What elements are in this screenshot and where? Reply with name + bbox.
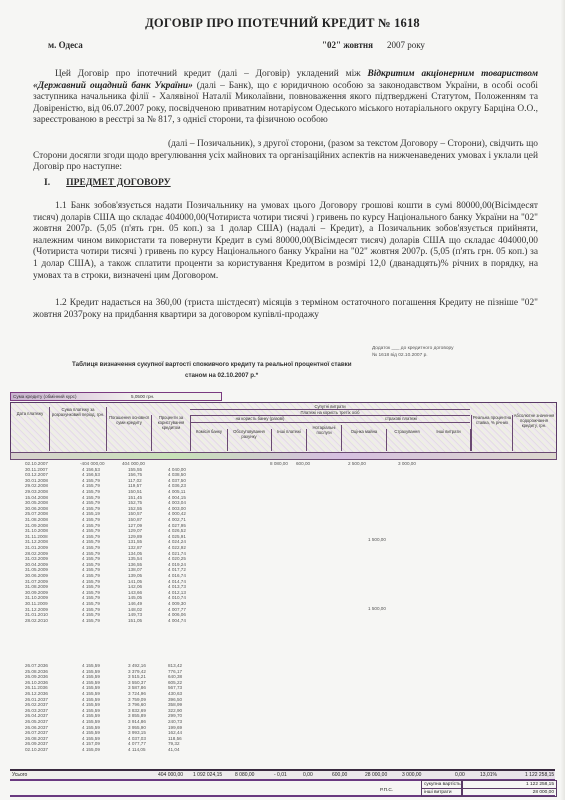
cell-date: 30.05.2008 bbox=[25, 500, 48, 505]
cell-interest: 4 036,23 bbox=[168, 483, 186, 488]
header-costs-bank: на користь банку (разові) bbox=[190, 416, 330, 421]
cell-sum: 4 155,59 bbox=[82, 725, 100, 730]
cell-interest: 4 019,24 bbox=[168, 562, 186, 567]
section-number: I. bbox=[44, 177, 50, 188]
header-c6: Страхування bbox=[387, 429, 427, 451]
cell-date: 30.01.2008 bbox=[25, 478, 48, 483]
cell-interest: 199,69 bbox=[168, 725, 182, 730]
cell-sum: 4 155,59 bbox=[82, 730, 100, 735]
header-c2: Обслуговування рахунку bbox=[227, 429, 272, 451]
cell-c5: 2 500,00 bbox=[348, 461, 366, 466]
cell-principal: 3 796,60 bbox=[128, 702, 146, 707]
cell-interest: 162,44 bbox=[168, 730, 182, 735]
cell-date: 26.07.2036 bbox=[25, 663, 48, 668]
header-insurance: страхові платежі bbox=[331, 416, 471, 421]
cell-sum: 4 155,79 bbox=[82, 590, 100, 595]
cell-sum: 4 157,09 bbox=[82, 741, 100, 746]
cell-sum: 4 155,79 bbox=[82, 562, 100, 567]
cell-sum: 4 155,79 bbox=[82, 483, 100, 488]
scan-edge bbox=[561, 0, 565, 800]
cell-principal: 152,75 bbox=[128, 500, 142, 505]
cell-interest: 240,73 bbox=[168, 719, 182, 724]
cell-date: 15.04.2008 bbox=[25, 495, 48, 500]
cell-sum: 4 155,59 bbox=[82, 674, 100, 679]
cell-date: 31.08.2008 bbox=[25, 517, 48, 522]
cell-sum: 4 155,59 bbox=[82, 663, 100, 668]
other-costs-value: 28 000,00 bbox=[461, 788, 557, 797]
extra-value-2: 1 500,00 bbox=[368, 606, 386, 611]
cell-sum: 4 155,79 bbox=[82, 618, 100, 623]
cell-interest: 396,50 bbox=[168, 697, 182, 702]
cell-date: 26.05.2037 bbox=[25, 719, 48, 724]
scanned-page: ДОГОВІР ПРО ІПОТЕЧНИЙ КРЕДИТ № 1618 м. О… bbox=[0, 0, 565, 800]
cell-date: 25.07.2008 bbox=[25, 511, 48, 516]
cell-c6: 3 000,00 bbox=[398, 461, 416, 466]
cell-sum: 4 155,79 bbox=[82, 601, 100, 606]
cell-interest: 4 021,74 bbox=[168, 551, 186, 556]
cell-date: 26.12.2036 bbox=[25, 691, 48, 696]
header-c4: Нотаріальні послуги bbox=[307, 425, 342, 451]
cell-principal: 138,07 bbox=[128, 567, 142, 572]
cell-interest: 299,70 bbox=[168, 713, 182, 718]
cell-date: 26.04.2037 bbox=[25, 713, 48, 718]
cell-principal: 3 832,69 bbox=[128, 708, 146, 713]
cell-principal: 3 492,16 bbox=[128, 663, 146, 668]
cell-interest: 4 014,74 bbox=[168, 579, 186, 584]
cell-date: 31.12.2009 bbox=[25, 607, 48, 612]
header-principal: Погашення основної суми кредиту bbox=[106, 415, 152, 451]
cell-sum: 4 156,53 bbox=[82, 467, 100, 472]
cell-principal: 404 000,00 bbox=[122, 461, 145, 466]
cell-principal: 117,02 bbox=[128, 478, 142, 483]
cell-interest: 4 017,72 bbox=[168, 567, 186, 572]
cell-principal: 3 587,86 bbox=[128, 685, 146, 690]
cell-principal: 4 037,03 bbox=[128, 736, 146, 741]
cell-principal: 143,66 bbox=[128, 590, 142, 595]
cell-principal: 132,87 bbox=[128, 545, 142, 550]
cell-date: 31.11.2008 bbox=[25, 534, 48, 539]
cell-principal: 127,09 bbox=[128, 523, 142, 528]
cell-date: 26.02.2037 bbox=[25, 702, 48, 707]
cell-principal: 150,87 bbox=[128, 517, 142, 522]
cell-interest: 4 037,50 bbox=[168, 478, 186, 483]
cell-date: 26.11.2036 bbox=[25, 685, 48, 690]
cell-date: 30.11.2009 bbox=[25, 601, 48, 606]
cell-interest: 118,56 bbox=[168, 736, 182, 741]
totals-c1: 8 080,00 bbox=[235, 771, 254, 779]
cell-date: 26.08.2037 bbox=[25, 736, 48, 741]
cell-date: 29.02.2008 bbox=[25, 483, 48, 488]
cell-date: 31.07.2009 bbox=[25, 579, 48, 584]
cell-date: 31.03.2009 bbox=[25, 556, 48, 561]
cell-interest: 4 040,00 bbox=[168, 467, 186, 472]
cell-principal: 152,55 bbox=[128, 506, 142, 511]
cell-interest: 4 003,04 bbox=[168, 500, 186, 505]
cell-sum: 4 155,59 bbox=[82, 697, 100, 702]
cell-sum: 4 155,19 bbox=[82, 511, 100, 516]
totals-c4: 600,00 bbox=[332, 771, 347, 779]
input-label: Сума кредиту (обмінний курс) bbox=[13, 393, 77, 400]
cell-sum: 4 155,79 bbox=[82, 595, 100, 600]
cell-date: 26.06.2037 bbox=[25, 725, 48, 730]
cell-principal: 3 724,96 bbox=[128, 691, 146, 696]
cell-sum: 4 155,79 bbox=[82, 551, 100, 556]
header-rate: Реальна процентна ставка, % річних bbox=[471, 415, 513, 451]
cell-sum: 4 155,79 bbox=[82, 478, 100, 483]
cell-interest: 567,73 bbox=[168, 685, 182, 690]
intro-paragraph: Цей Договір про іпотечний кредит (далі –… bbox=[33, 69, 538, 127]
cell-interest: 4 004,74 bbox=[168, 618, 186, 623]
cell-principal: 150,51 bbox=[128, 489, 142, 494]
cell-sum: 4 155,79 bbox=[82, 573, 100, 578]
totals-label: Усього bbox=[12, 771, 27, 779]
summary-footer: сукупна вартість 1 122 258,15 інші витра… bbox=[10, 779, 555, 797]
header-c3: Інші платежі bbox=[272, 429, 307, 451]
header-interest: Проценти за користування кредитом bbox=[151, 415, 191, 451]
cell-principal: 156,75 bbox=[128, 472, 142, 477]
cell-sum: 4 155,59 bbox=[82, 669, 100, 674]
cell-interest: 4 012,13 bbox=[168, 590, 186, 595]
cell-principal: 149,73 bbox=[128, 612, 142, 617]
annex-line-2: № 1618 від 02.10.2007 р. bbox=[372, 352, 454, 359]
cell-date: 30.09.2009 bbox=[25, 590, 48, 595]
cell-interest: 4 026,52 bbox=[168, 528, 186, 533]
header-date: Дата платежу bbox=[11, 411, 49, 451]
cell-principal: 3 515,21 bbox=[128, 674, 146, 679]
cell-interest: 640,38 bbox=[168, 674, 182, 679]
cell-date: 31.10.2009 bbox=[25, 595, 48, 600]
cell-c4: 600,00 bbox=[296, 461, 310, 466]
section-title: ПРЕДМЕТ ДОГОВОРУ bbox=[66, 177, 171, 188]
table-header: Дата платежу Сума платежу за розрахунков… bbox=[10, 402, 557, 454]
cell-interest: 776,17 bbox=[168, 669, 182, 674]
cell-sum: 4 155,79 bbox=[82, 539, 100, 544]
contract-date: "02" жовтня2007 року bbox=[322, 40, 425, 50]
cell-date: 30.04.2009 bbox=[25, 562, 48, 567]
cell-principal: 3 550,37 bbox=[128, 680, 146, 685]
cell-sum: 4 155,79 bbox=[82, 495, 100, 500]
cell-interest: 79,32 bbox=[168, 741, 180, 746]
contract-day-month: "02" жовтня bbox=[322, 40, 373, 50]
cell-interest: 4 038,50 bbox=[168, 472, 186, 477]
totals-c6: 3 000,00 bbox=[402, 771, 421, 779]
cell-sum: 4 155,79 bbox=[82, 579, 100, 584]
cell-interest: 322,90 bbox=[168, 708, 182, 713]
clause-1-2: 1.2 Кредит надається на 360,00 (триста ш… bbox=[33, 298, 538, 321]
cell-sum: 4 155,79 bbox=[82, 528, 100, 533]
extra-value-1: 1 500,00 bbox=[368, 537, 386, 542]
cell-principal: 135,54 bbox=[128, 556, 142, 561]
cell-sum: 4 155,79 bbox=[82, 612, 100, 617]
intro-text-a: Цей Договір про іпотечний кредит (далі –… bbox=[55, 69, 368, 79]
cell-date: 29.03.2008 bbox=[25, 489, 48, 494]
table-subtitle: станом на 02.10.2007 р.* bbox=[185, 372, 258, 379]
cell-sum: 4 155,79 bbox=[82, 567, 100, 572]
cell-principal: 4 077,77 bbox=[128, 741, 146, 746]
cell-principal: 3 855,89 bbox=[128, 713, 146, 718]
totals-total-cost: 1 122 258,15 bbox=[525, 771, 554, 779]
parties-paragraph: (далі – Позичальник), з другої сторони, … bbox=[33, 139, 538, 174]
cell-principal: 3 379,42 bbox=[128, 669, 146, 674]
cell-date: 31.12.2008 bbox=[25, 539, 48, 544]
cell-principal: 134,05 bbox=[128, 551, 142, 556]
cell-sum: 4 155,79 bbox=[82, 523, 100, 528]
annex-note: Додаток ___ до кредитного договору № 161… bbox=[372, 345, 454, 359]
cell-interest: 41,04 bbox=[168, 747, 180, 752]
cell-interest: 430,63 bbox=[168, 691, 182, 696]
cell-sum: 4 155,59 bbox=[82, 691, 100, 696]
cell-interest: 605,22 bbox=[168, 680, 182, 685]
cell-date: 26.03.2037 bbox=[25, 708, 48, 713]
totals-principal: 404 000,00 bbox=[158, 771, 183, 779]
cell-principal: 155,55 bbox=[128, 467, 142, 472]
input-value: 5,0500 грн. bbox=[131, 393, 154, 400]
cell-interest: 813,42 bbox=[168, 663, 182, 668]
cell-date: 03.12.2007 bbox=[25, 472, 48, 477]
cell-principal: 119,57 bbox=[128, 483, 142, 488]
cell-sum: 4 155,79 bbox=[82, 545, 100, 550]
contract-year: 2007 року bbox=[387, 40, 425, 50]
cell-principal: 150,57 bbox=[128, 511, 142, 516]
cell-sum: 4 155,59 bbox=[82, 736, 100, 741]
rate-label: Р.П.С. bbox=[380, 788, 393, 793]
totals-rate: 13,01% bbox=[480, 771, 497, 779]
cell-interest: 4 009,30 bbox=[168, 601, 186, 606]
header-c1: Комісія банку bbox=[190, 429, 228, 451]
cell-sum: -404 000,00 bbox=[80, 461, 105, 466]
cell-sum: 4 155,59 bbox=[82, 708, 100, 713]
cell-date: 31.01.2009 bbox=[25, 545, 48, 550]
cell-interest: 4 002,71 bbox=[168, 517, 186, 522]
cell-interest: 4 007,77 bbox=[168, 607, 186, 612]
totals-c3: 0,00 bbox=[303, 771, 313, 779]
cell-interest: 4 006,06 bbox=[168, 612, 186, 617]
header-total-cost: Абсолютне значення подорожчання кредиту,… bbox=[512, 413, 556, 451]
cell-interest: 4 027,95 bbox=[168, 523, 186, 528]
totals-c7: 0,00 bbox=[455, 771, 465, 779]
cell-sum: 4 155,79 bbox=[82, 584, 100, 589]
cell-date: 30.06.2008 bbox=[25, 506, 48, 511]
cell-principal: 145,05 bbox=[128, 595, 142, 600]
cell-date: 28.02.2009 bbox=[25, 551, 48, 556]
cell-date: 26.01.2037 bbox=[25, 697, 48, 702]
cell-principal: 141,05 bbox=[128, 579, 142, 584]
cell-date: 02.10.2007 bbox=[25, 461, 48, 466]
cell-interest: 4 025,91 bbox=[168, 534, 186, 539]
cell-principal: 136,55 bbox=[128, 562, 142, 567]
cell-sum: 4 156,53 bbox=[82, 472, 100, 477]
cell-sum: 4 155,79 bbox=[82, 506, 100, 511]
cell-c1: 8 080,00 bbox=[270, 461, 288, 466]
totals-c5: 28 000,00 bbox=[365, 771, 387, 779]
cell-principal: 129,89 bbox=[128, 534, 142, 539]
table-title: Таблиця визначення сукупної вартості спо… bbox=[72, 361, 492, 368]
cell-principal: 3 955,90 bbox=[128, 725, 146, 730]
cell-date: 31.09.2008 bbox=[25, 523, 48, 528]
cell-date: 31.08.2009 bbox=[25, 584, 48, 589]
cell-date: 25.08.2036 bbox=[25, 669, 48, 674]
annex-line-1: Додаток ___ до кредитного договору bbox=[372, 345, 454, 352]
totals-c2: - 0,01 bbox=[274, 771, 287, 779]
cell-date: 26.09.2036 bbox=[25, 674, 48, 679]
cell-sum: 4 155,59 bbox=[82, 680, 100, 685]
cell-principal: 4 114,05 bbox=[128, 747, 146, 752]
cell-date: 02.10.2037 bbox=[25, 747, 48, 752]
cell-principal: 3 914,86 bbox=[128, 719, 146, 724]
cell-principal: 139,05 bbox=[128, 573, 142, 578]
cell-interest: 358,99 bbox=[168, 702, 182, 707]
cell-sum: 4 155,79 bbox=[82, 607, 100, 612]
cell-date: 31.05.2009 bbox=[25, 567, 48, 572]
cell-sum: 4 155,59 bbox=[82, 685, 100, 690]
cell-principal: 146,49 bbox=[128, 601, 142, 606]
cell-interest: 4 003,00 bbox=[168, 506, 186, 511]
totals-interest: 1 092 024,15 bbox=[193, 771, 222, 779]
cell-sum: 4 155,59 bbox=[82, 719, 100, 724]
cell-date: 26.07.2037 bbox=[25, 730, 48, 735]
cell-sum: 4 155,59 bbox=[82, 713, 100, 718]
cell-principal: 151,45 bbox=[128, 495, 142, 500]
cell-date: 26.10.2036 bbox=[25, 680, 48, 685]
cell-date: 26.09.2037 bbox=[25, 741, 48, 746]
cell-interest: 4 016,74 bbox=[168, 573, 186, 578]
cell-principal: 129,07 bbox=[128, 528, 142, 533]
cell-sum: 4 155,59 bbox=[82, 702, 100, 707]
cell-principal: 131,55 bbox=[128, 539, 142, 544]
cell-interest: 4 020,25 bbox=[168, 556, 186, 561]
cell-principal: 142,06 bbox=[128, 584, 142, 589]
contract-city: м. Одеса bbox=[48, 40, 83, 50]
cell-sum: 4 155,09 bbox=[82, 747, 100, 752]
other-costs-label: інші витрати bbox=[421, 788, 463, 797]
cell-interest: 4 024,24 bbox=[168, 539, 186, 544]
header-c5: Оцінка майна bbox=[342, 429, 387, 451]
loan-input-bar: Сума кредиту (обмінний курс) 5,0500 грн. bbox=[10, 392, 222, 401]
header-c7: Інші витрати bbox=[427, 429, 471, 451]
header-sum: Сума платежу за розрахунковий період, гр… bbox=[49, 407, 107, 451]
cell-principal: 151,05 bbox=[128, 618, 142, 623]
cell-sum: 4 155,79 bbox=[82, 556, 100, 561]
cell-date: 28.02.2010 bbox=[25, 618, 48, 623]
section-heading: I.ПРЕДМЕТ ДОГОВОРУ bbox=[44, 177, 171, 188]
column-number-row bbox=[10, 452, 557, 460]
cell-principal: 3 993,15 bbox=[128, 730, 146, 735]
cell-sum: 4 155,79 bbox=[82, 489, 100, 494]
cell-sum: 4 155,79 bbox=[82, 534, 100, 539]
cell-date: 30.11.2007 bbox=[25, 467, 48, 472]
cell-interest: 4 004,15 bbox=[168, 495, 186, 500]
cell-interest: 4 022,92 bbox=[168, 545, 186, 550]
cell-principal: 148,02 bbox=[128, 607, 142, 612]
cell-date: 31.10.2008 bbox=[25, 528, 48, 533]
cell-sum: 4 155,79 bbox=[82, 517, 100, 522]
cell-date: 30.06.2009 bbox=[25, 573, 48, 578]
document-title: ДОГОВІР ПРО ІПОТЕЧНИЙ КРЕДИТ № 1618 bbox=[0, 16, 565, 31]
cell-principal: 3 759,09 bbox=[128, 697, 146, 702]
cell-date: 31.01.2010 bbox=[25, 612, 48, 617]
cell-interest: 4 005,11 bbox=[168, 489, 186, 494]
cell-interest: 4 000,42 bbox=[168, 511, 186, 516]
cell-interest: 4 013,73 bbox=[168, 584, 186, 589]
clause-1-1: 1.1 Банк зобов'язується надати Позичальн… bbox=[33, 201, 538, 282]
cell-interest: 4 010,74 bbox=[168, 595, 186, 600]
cell-sum: 4 155,79 bbox=[82, 500, 100, 505]
